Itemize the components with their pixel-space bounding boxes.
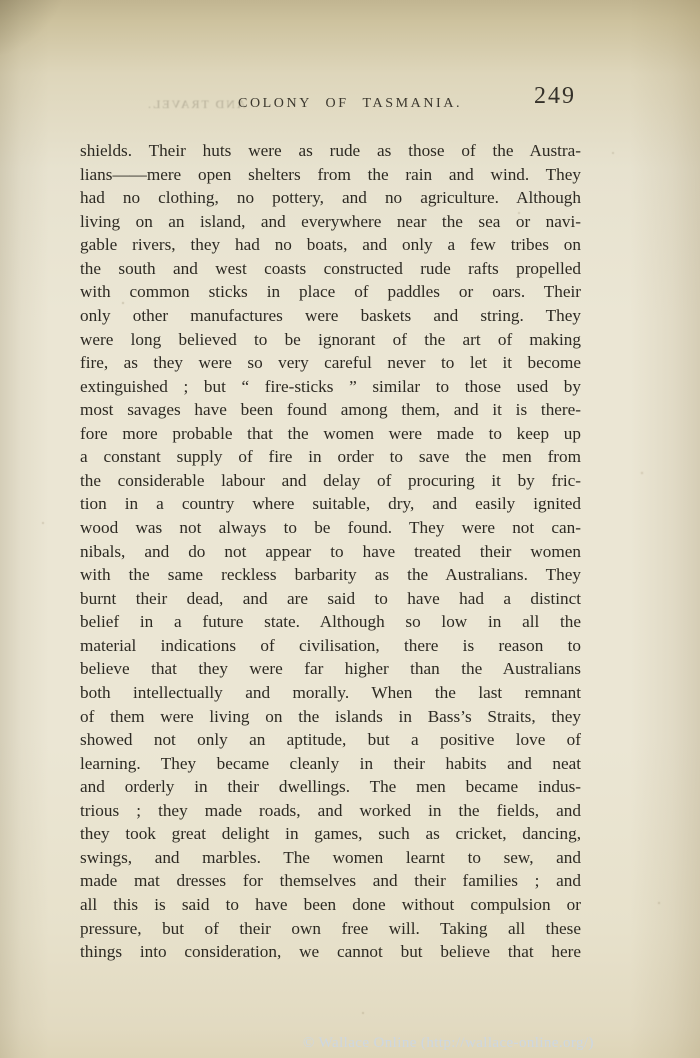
text-line: trious ; they made roads, and worked in …: [80, 799, 581, 823]
text-line: showed not only an aptitude, but a posit…: [80, 728, 581, 752]
text-line: the south and west coasts constructed ru…: [80, 257, 581, 281]
text-line: things into consideration, we cannot but…: [80, 940, 581, 964]
paper-speckles: [0, 0, 2, 2]
text-line: a constant supply of fire in order to sa…: [80, 445, 581, 469]
text-line: made mat dresses for themselves and thei…: [80, 869, 581, 893]
text-line: the considerable labour and delay of pro…: [80, 469, 581, 493]
text-line: both intellectually and morally. When th…: [80, 681, 581, 705]
text-line: nibals, and do not appear to have treate…: [80, 540, 581, 564]
text-line: were long believed to be ignorant of the…: [80, 328, 581, 352]
text-line: had no clothing, no pottery, and no agri…: [80, 186, 581, 210]
text-line: of them were living on the islands in Ba…: [80, 705, 581, 729]
text-line: only other manufactures were baskets and…: [80, 304, 581, 328]
text-line: believe that they were far higher than t…: [80, 657, 581, 681]
body-text: shields. Their huts were as rude as thos…: [80, 139, 581, 965]
text-line: most savages have been found among them,…: [80, 398, 581, 422]
text-line: material indications of civilisation, th…: [80, 634, 581, 658]
text-line: extinguished ; but “ fire-sticks ” simil…: [80, 375, 581, 399]
text-line: tion in a country where suitable, dry, a…: [80, 492, 581, 516]
text-line: gable rivers, they had no boats, and onl…: [80, 233, 581, 257]
showthrough-mirrored-header: AND TRAVEL.: [146, 97, 246, 112]
text-line: with common sticks in place of paddles o…: [80, 280, 581, 304]
text-line: shields. Their huts were as rude as thos…: [80, 139, 581, 163]
text-line: fore more probable that the women were m…: [80, 422, 581, 446]
text-line: all this is said to have been done witho…: [80, 893, 581, 917]
text-line: swings, and marbles. The women learnt to…: [80, 846, 581, 870]
book-page-scan: AND TRAVEL. COLONY OF TASMANIA. 249 shie…: [0, 0, 700, 1058]
page-number: 249: [534, 83, 576, 110]
text-line: learning. They became cleanly in their h…: [80, 752, 581, 776]
watermark: © Wallace Online (http://wallace-online.…: [303, 1035, 594, 1052]
text-line: they took great delight in games, such a…: [80, 822, 581, 846]
text-line: living on an island, and everywhere near…: [80, 210, 581, 234]
text-line: and orderly in their dwellings. The men …: [80, 775, 581, 799]
text-line: with the same reckless barbarity as the …: [80, 563, 581, 587]
text-line: wood was not always to be found. They we…: [80, 516, 581, 540]
text-line: pressure, but of their own free will. Ta…: [80, 917, 581, 941]
text-line: lians——mere open shelters from the rain …: [80, 163, 581, 187]
text-line: belief in a future state. Although so lo…: [80, 610, 581, 634]
running-title: COLONY OF TASMANIA.: [238, 96, 462, 112]
text-line: fire, as they were so very careful never…: [80, 351, 581, 375]
text-line: burnt their dead, and are said to have h…: [80, 587, 581, 611]
